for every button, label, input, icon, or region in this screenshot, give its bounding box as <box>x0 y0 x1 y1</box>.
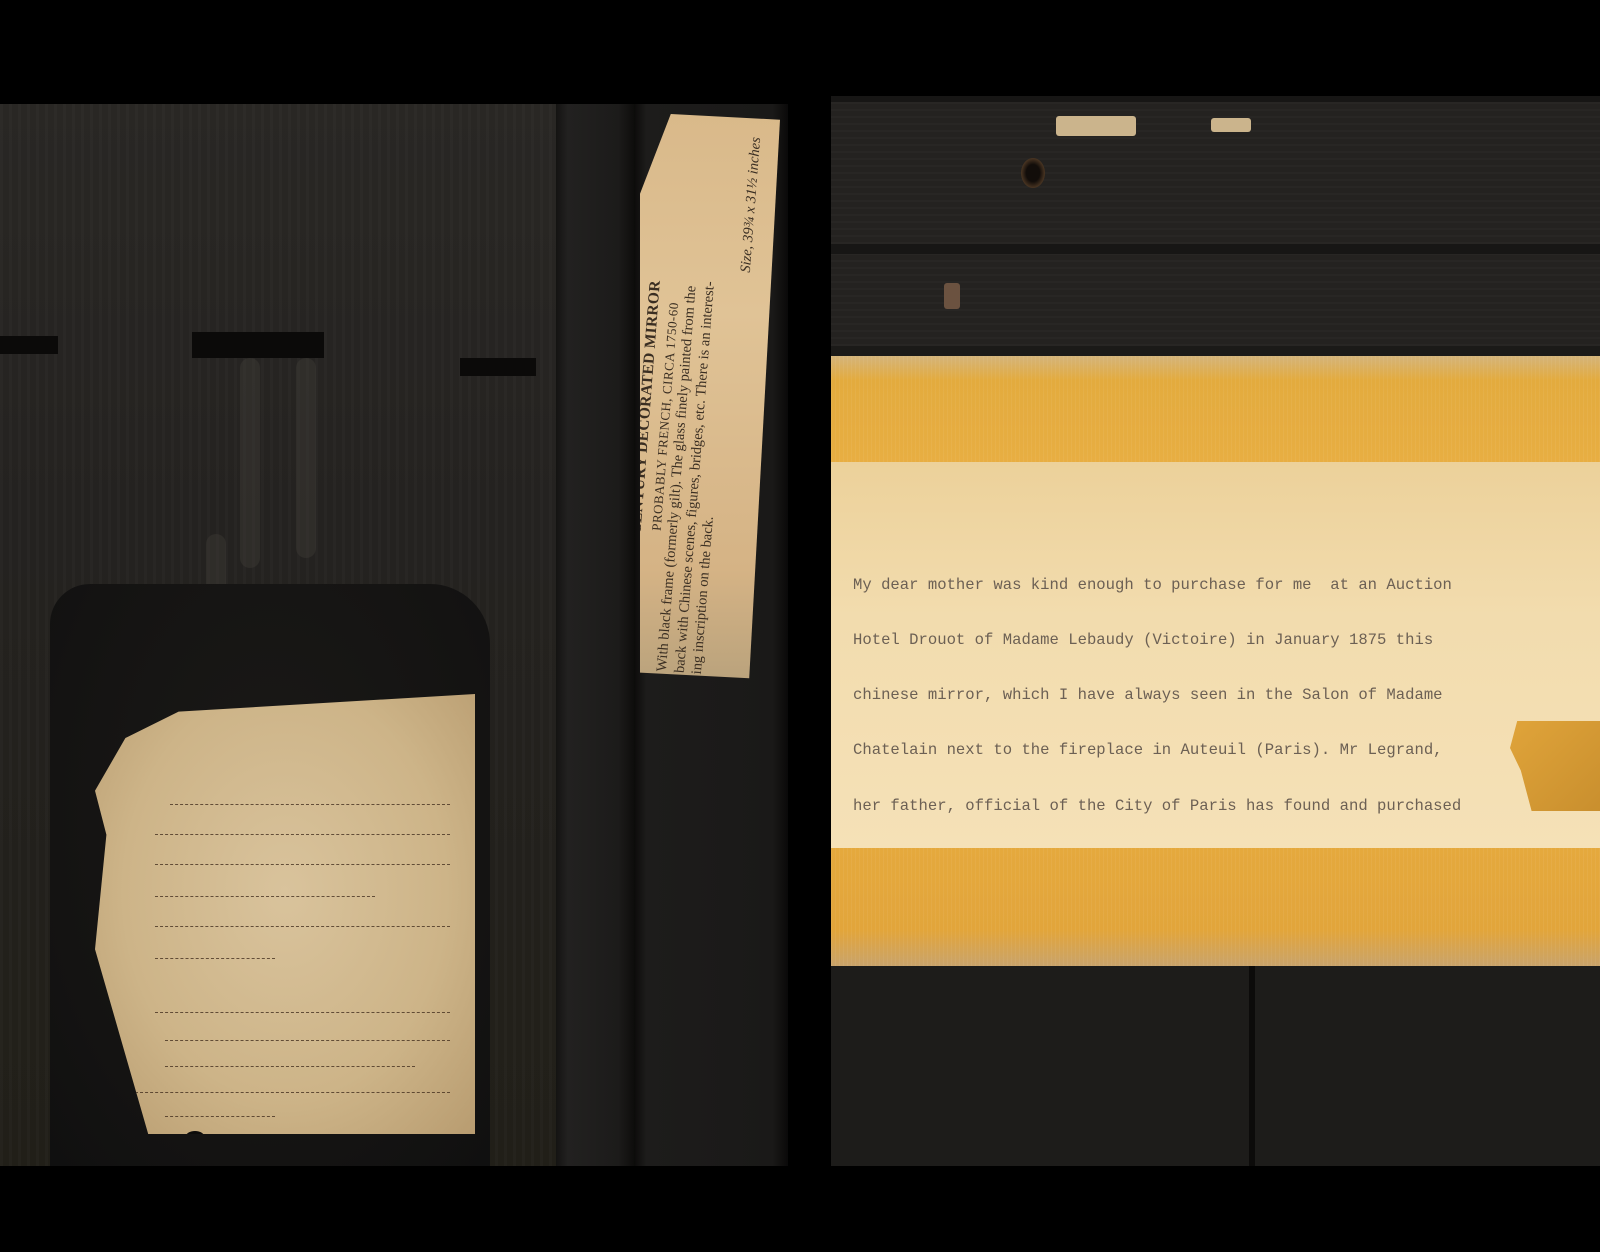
frame-slot <box>0 336 58 354</box>
typed-line: Chatelain next to the fireplace in Auteu… <box>853 741 1593 759</box>
stain-drip <box>296 358 316 558</box>
handwriting-line <box>155 956 275 959</box>
handwriting-line <box>165 1114 275 1117</box>
typed-provenance-note: My dear mother was kind enough to purcha… <box>831 462 1600 848</box>
handwriting-line <box>155 832 450 835</box>
typed-line: her father, official of the City of Pari… <box>853 797 1593 815</box>
handwriting-line <box>155 862 450 865</box>
adhesive-tape-bottom <box>831 848 1600 966</box>
handwriting-line <box>155 924 450 927</box>
handwriting-line <box>155 894 375 897</box>
left-photo-panel: 275 EIGHTEENTH CENTURY DECORATED MIRROR … <box>0 104 788 1166</box>
frame-slot <box>192 332 324 358</box>
right-photo-panel: My dear mother was kind enough to purcha… <box>831 96 1600 1166</box>
typed-line: My dear mother was kind enough to purcha… <box>853 576 1593 594</box>
nail-hole <box>1021 158 1045 188</box>
board-seam <box>1249 966 1255 1166</box>
paint-chip <box>1056 116 1136 136</box>
handwriting-line <box>135 1090 450 1093</box>
handwriting-line <box>155 1010 450 1013</box>
handwriting-line <box>165 1038 450 1041</box>
handwriting-line <box>170 802 450 805</box>
typed-line: chinese mirror, which I have always seen… <box>853 686 1593 704</box>
paint-chip <box>1211 118 1251 132</box>
typed-line: Hotel Drouot of Madame Lebaudy (Victoire… <box>853 631 1593 649</box>
stain-drip <box>240 358 260 568</box>
frame-rail <box>556 104 634 1166</box>
handwritten-note <box>95 694 475 1134</box>
adhesive-tape-top <box>831 356 1600 466</box>
wood-knot <box>944 283 960 309</box>
handwriting-line <box>165 1064 415 1067</box>
frame-slot <box>460 358 536 376</box>
frame-wood-board <box>831 966 1600 1166</box>
